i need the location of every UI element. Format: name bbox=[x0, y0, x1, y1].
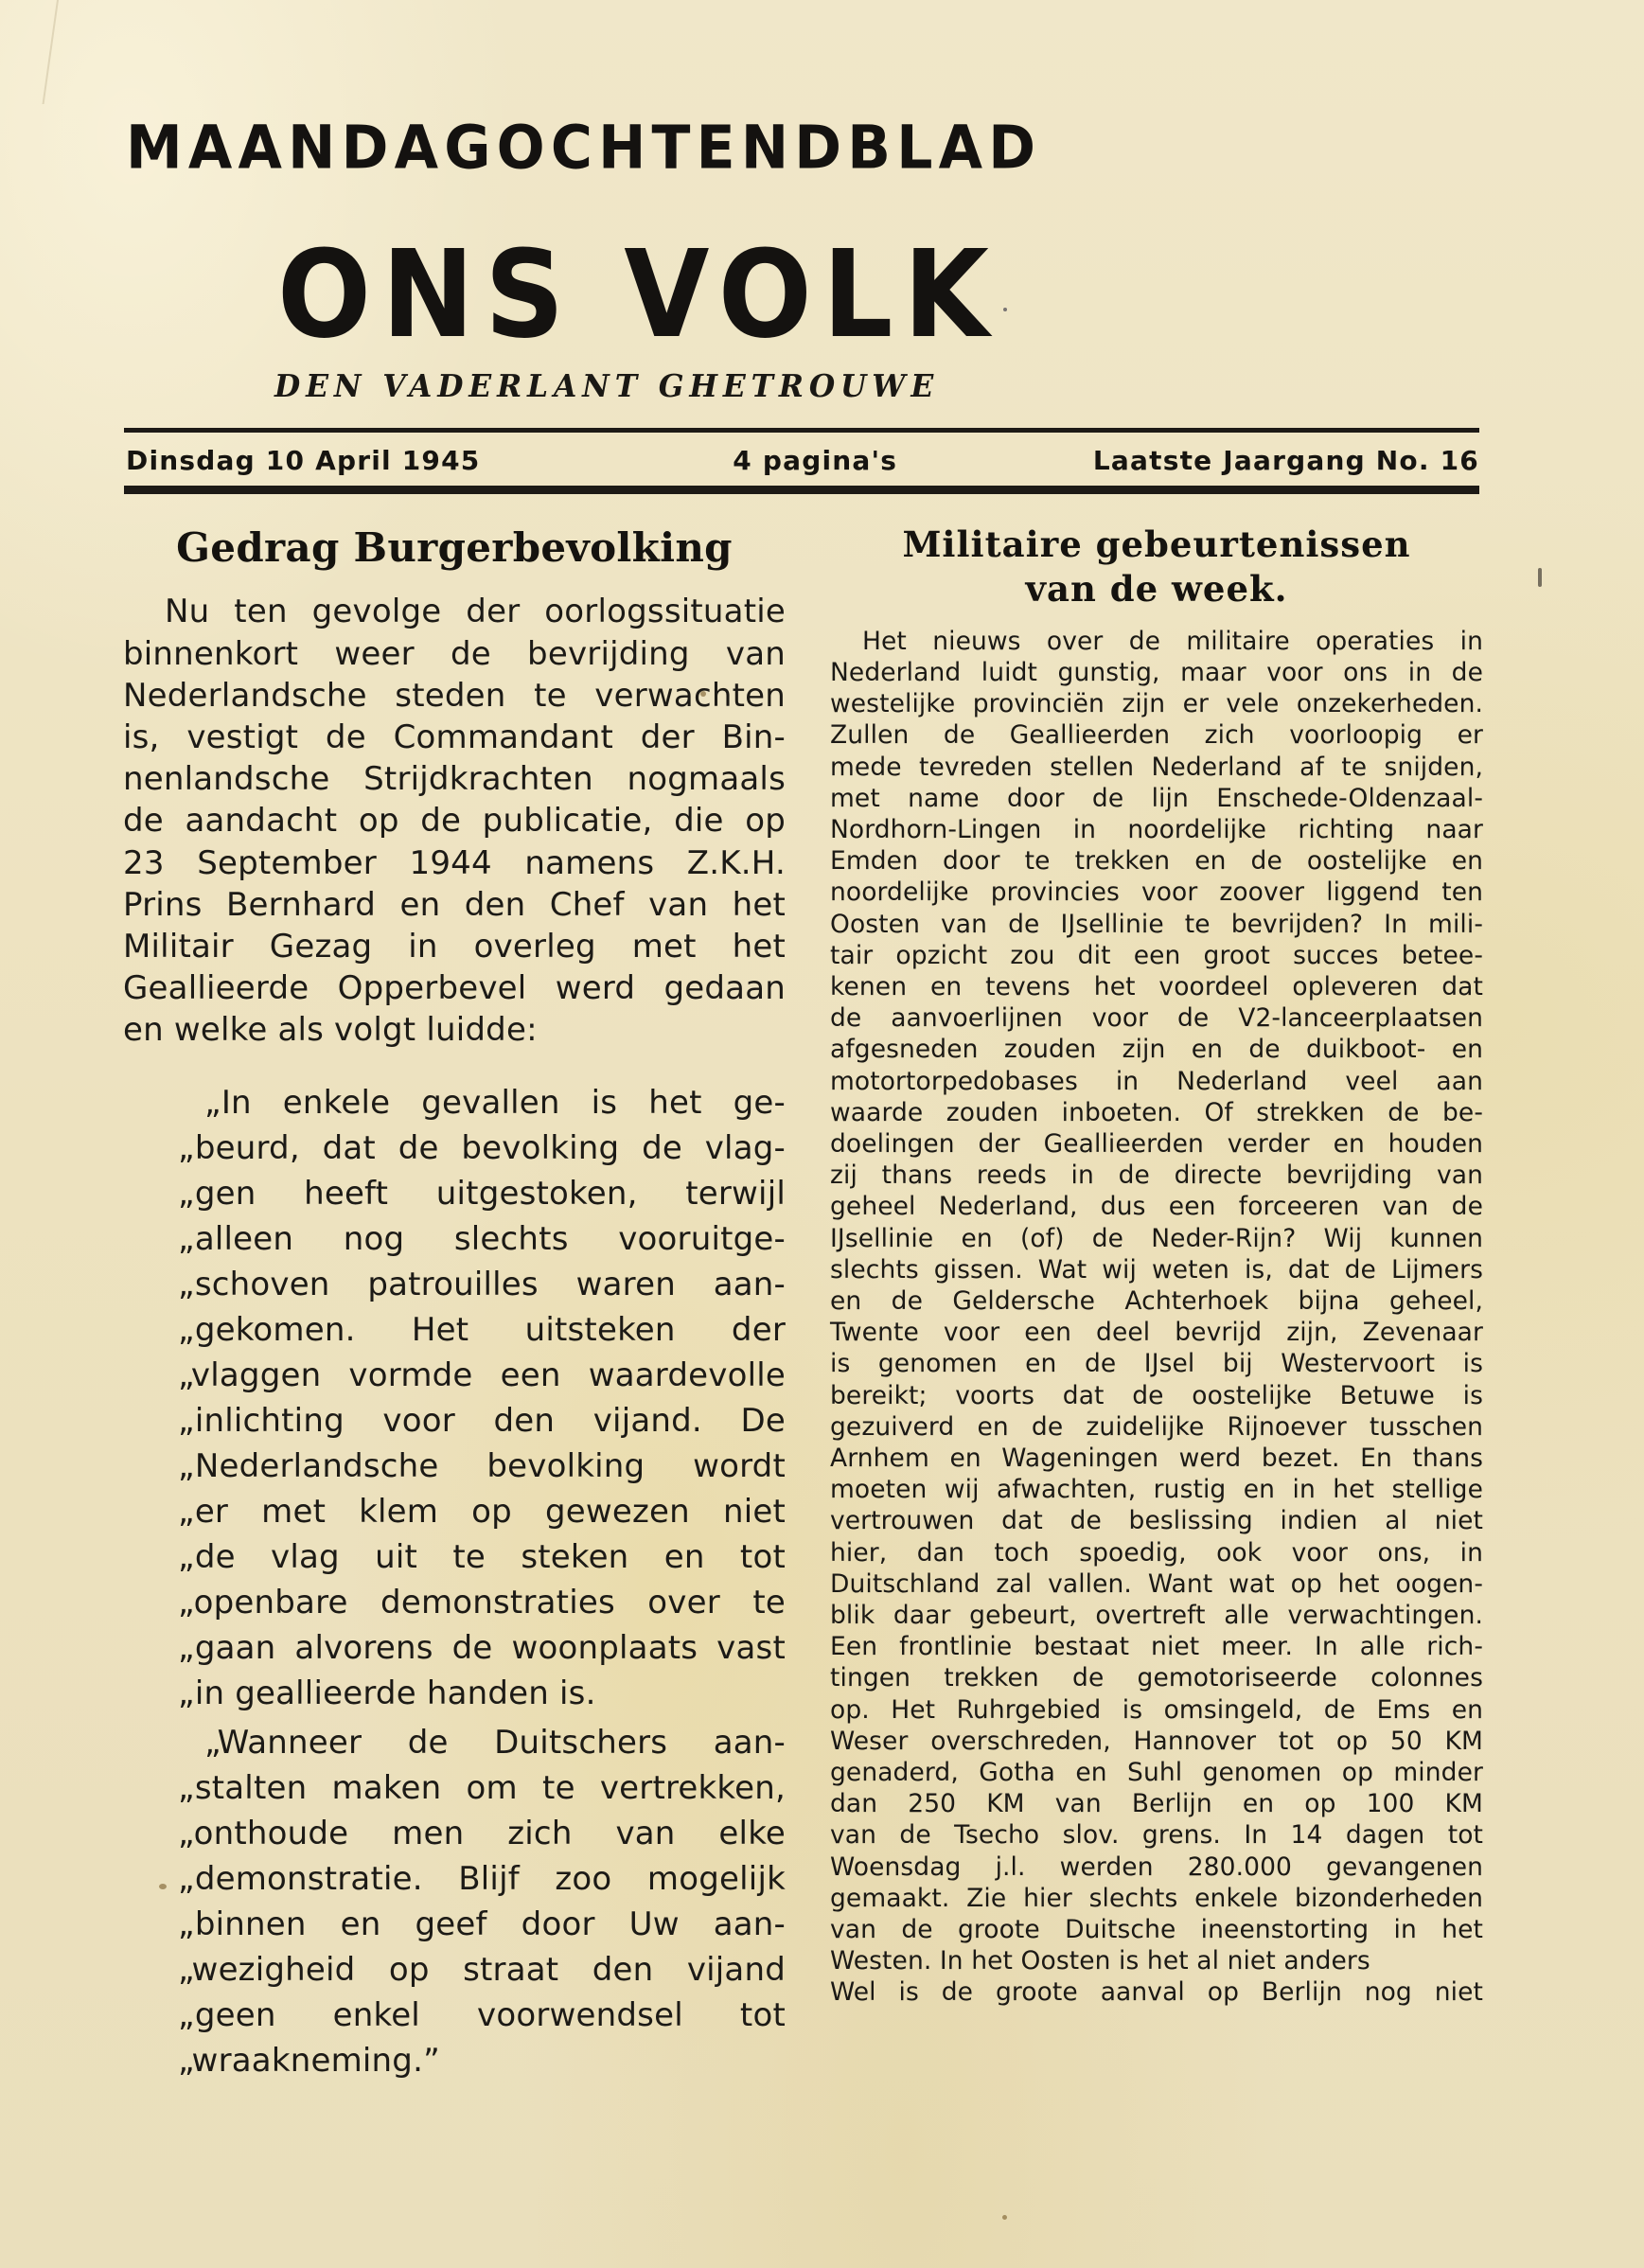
text-line: Nu ten gevolge der oorlogssituatie bbox=[123, 591, 786, 632]
article-headline: Gedrag Burgerbevolking bbox=[123, 524, 786, 572]
text-line: Nordhorn-Lingen in noordelijke richting … bbox=[830, 814, 1483, 845]
text-line: Nederland luidt gunstig, maar voor ons i… bbox=[830, 657, 1483, 688]
text-line: met name door de lijn Enschede-Oldenzaal… bbox=[830, 783, 1483, 814]
quote-line: „In enkele gevallen is het ge- bbox=[178, 1080, 786, 1125]
paper-crease bbox=[0, 0, 59, 104]
text-line: Twente voor een deel bevrijd zijn, Zeven… bbox=[830, 1317, 1483, 1348]
quote-line: „in geallieerde handen is. bbox=[178, 1671, 786, 1716]
text-line: en de Geldersche Achterhoek bijna geheel… bbox=[830, 1285, 1483, 1317]
text-line: noordelijke provincies voor zoover ligge… bbox=[830, 877, 1483, 908]
article-body: Nu ten gevolge der oorlogssituatie binne… bbox=[123, 591, 786, 2082]
masthead-rule-top bbox=[124, 428, 1479, 433]
text-line: westelijke provinciën zijn er vele onzek… bbox=[830, 688, 1483, 719]
text-line: doelingen der Geallieerden verder en hou… bbox=[830, 1128, 1483, 1160]
quote-line: „openbare demonstraties over te bbox=[178, 1580, 786, 1625]
text-line: Arnhem en Wageningen werd bezet. En than… bbox=[830, 1443, 1483, 1474]
text-line: bereikt; voorts dat de oostelijke Betuwe… bbox=[830, 1380, 1483, 1411]
quote-line: „wraakneming.” bbox=[178, 2038, 786, 2083]
text-line: is genomen en de IJsel bij Westervoort i… bbox=[830, 1348, 1483, 1379]
paper-speck bbox=[1003, 308, 1007, 311]
article-body: Het nieuws over de militaire operaties i… bbox=[830, 626, 1483, 2009]
text-line: waarde zouden inboeten. Of strekken de b… bbox=[830, 1097, 1483, 1128]
text-line: kenen en tevens het voordeel opleveren d… bbox=[830, 971, 1483, 1002]
quote-line: „de vlag uit te steken en tot bbox=[178, 1534, 786, 1580]
text-line: 23 September 1944 namens Z.K.H. bbox=[123, 842, 786, 884]
issue-date: Dinsdag 10 April 1945 bbox=[126, 445, 480, 476]
text-line: Militair Gezag in overleg met het bbox=[123, 926, 786, 967]
text-line: tair opzicht zou dit een groot succes be… bbox=[830, 940, 1483, 971]
quote-line: „alleen nog slechts vooruitge- bbox=[178, 1216, 786, 1262]
text-line: Duitschland zal vallen. Want wat op het … bbox=[830, 1568, 1483, 1600]
text-line: van de Tsecho slov. grens. In 14 dagen t… bbox=[830, 1819, 1483, 1851]
quote-line: „wezigheid op straat den vijand bbox=[178, 1947, 786, 1993]
text-line: Wel is de groote aanval op Berlijn nog n… bbox=[830, 1976, 1483, 2008]
text-line: geheel Nederland, dus een forceeren van … bbox=[830, 1191, 1483, 1222]
paper-speck bbox=[700, 691, 706, 697]
text-line: en welke als volgt luidde: bbox=[123, 1009, 786, 1051]
text-line: moeten wij afwachten, rustig en in het s… bbox=[830, 1474, 1483, 1505]
text-line: Geallieerde Opperbevel werd gedaan bbox=[123, 967, 786, 1009]
masthead-rule-bottom bbox=[124, 486, 1479, 494]
text-line: vertrouwen dat de beslissing indien al n… bbox=[830, 1505, 1483, 1536]
paper-speck bbox=[1002, 2215, 1007, 2220]
text-line: Zullen de Geallieerden zich voorloopig e… bbox=[830, 719, 1483, 751]
issue-number: Laatste Jaargang No. 16 bbox=[1093, 445, 1479, 476]
quote-line: „gaan alvorens de woonplaats vast bbox=[178, 1625, 786, 1671]
quote-line: „Wanneer de Duitschers aan- bbox=[178, 1720, 786, 1765]
text-line: slechts gissen. Wat wij weten is, dat de… bbox=[830, 1254, 1483, 1285]
text-line: dan 250 KM van Berlijn en op 100 KM bbox=[830, 1788, 1483, 1819]
text-line: Weser overschreden, Hannover tot op 50 K… bbox=[830, 1726, 1483, 1757]
quote-line: „onthoude men zich van elke bbox=[178, 1811, 786, 1856]
quote-line: „er met klem op gewezen niet bbox=[178, 1489, 786, 1534]
text-line: mede tevreden stellen Nederland af te sn… bbox=[830, 752, 1483, 783]
dateline: Dinsdag 10 April 1945 4 pagina's Laatste… bbox=[126, 441, 1479, 479]
quote-line: „Nederlandsche bevolking wordt bbox=[178, 1444, 786, 1489]
quote-line: „inlichting voor den vijand. De bbox=[178, 1398, 786, 1444]
article-gedrag-burgerbevolking: Gedrag Burgerbevolking Nu ten gevolge de… bbox=[123, 519, 786, 2083]
quoted-publication: „In enkele gevallen is het ge- „beurd, d… bbox=[123, 1080, 786, 2083]
text-line: gemaakt. Zie hier slechts enkele bizonde… bbox=[830, 1883, 1483, 1914]
text-line: tingen trekken de gemotoriseerde colonne… bbox=[830, 1662, 1483, 1693]
article-headline: Militaire gebeurtenissen van de week. bbox=[830, 523, 1483, 612]
text-line: is, vestigt de Commandant der Bin- bbox=[123, 717, 786, 758]
newspaper-page: MAANDAGOCHTENDBLAD ONS VOLK DEN VADERLAN… bbox=[0, 0, 1644, 2268]
text-line: zij thans reeds in de directe bevrijding… bbox=[830, 1160, 1483, 1191]
quote-line: „stalten maken om te vertrekken, bbox=[178, 1765, 786, 1811]
text-line: afgesneden zouden zijn en de duikboot- e… bbox=[830, 1034, 1483, 1065]
text-line: de aandacht op de publicatie, die op bbox=[123, 800, 786, 842]
masthead-kicker: MAANDAGOCHTENDBLAD bbox=[126, 118, 1041, 178]
text-line: Emden door te trekken en de oostelijke e… bbox=[830, 845, 1483, 877]
text-line: genaderd, Gotha en Suhl genomen op minde… bbox=[830, 1757, 1483, 1788]
quote-line: „beurd, dat de bevolking de vlag- bbox=[178, 1125, 786, 1171]
text-line: nenlandsche Strijdkrachten nogmaals bbox=[123, 758, 786, 800]
text-line: Het nieuws over de militaire operaties i… bbox=[830, 626, 1483, 657]
quote-line: „demonstratie. Blijf zoo mogelijk bbox=[178, 1856, 786, 1902]
paper-speck bbox=[159, 1884, 167, 1889]
quote-line: „binnen en geef door Uw aan- bbox=[178, 1902, 786, 1947]
text-line: Een frontlinie bestaat niet meer. In all… bbox=[830, 1631, 1483, 1662]
paper-speck bbox=[1538, 568, 1542, 587]
text-line: Prins Bernhard en den Chef van het bbox=[123, 884, 786, 926]
text-line: hier, dan toch spoedig, ook voor ons, in bbox=[830, 1537, 1483, 1568]
quote-line: „gekomen. Het uitsteken der bbox=[178, 1307, 786, 1353]
quote-line: „vlaggen vormde een waardevolle bbox=[178, 1353, 786, 1398]
text-line: van de groote Duitsche ineenstorting in … bbox=[830, 1914, 1483, 1945]
text-line: gezuiverd en de zuidelijke Rijnoever tus… bbox=[830, 1411, 1483, 1443]
text-line: blik daar gebeurt, overtreft alle verwac… bbox=[830, 1600, 1483, 1631]
text-line: motortorpedobases in Nederland veel aan bbox=[830, 1066, 1483, 1097]
masthead-motto: DEN VADERLANT GHETROUWE bbox=[274, 370, 939, 401]
text-line: Woensdag j.l. werden 280.000 gevangenen bbox=[830, 1852, 1483, 1883]
text-line: de aanvoerlijnen voor de V2-lanceerplaat… bbox=[830, 1002, 1483, 1034]
quote-line: „schoven patrouilles waren aan- bbox=[178, 1262, 786, 1307]
quote-line: „geen enkel voorwendsel tot bbox=[178, 1993, 786, 2038]
text-line: op. Het Ruhrgebied is omsingeld, de Ems … bbox=[830, 1694, 1483, 1726]
page-count: 4 pagina's bbox=[733, 445, 897, 476]
quote-line: „gen heeft uitgestoken, terwijl bbox=[178, 1171, 786, 1216]
text-line: binnenkort weer de bevrijding van bbox=[123, 633, 786, 675]
article-militaire-gebeurtenissen: Militaire gebeurtenissen van de week. He… bbox=[830, 519, 1483, 2009]
masthead-title: ONS VOLK bbox=[277, 235, 999, 356]
text-line: Westen. In het Oosten is het al niet and… bbox=[830, 1945, 1483, 1976]
text-line: Nederlandsche steden te verwachten bbox=[123, 675, 786, 717]
text-line: Oosten van de IJsellinie te bevrijden? I… bbox=[830, 909, 1483, 940]
text-line: IJsellinie en (of) de Neder-Rijn? Wij ku… bbox=[830, 1223, 1483, 1254]
